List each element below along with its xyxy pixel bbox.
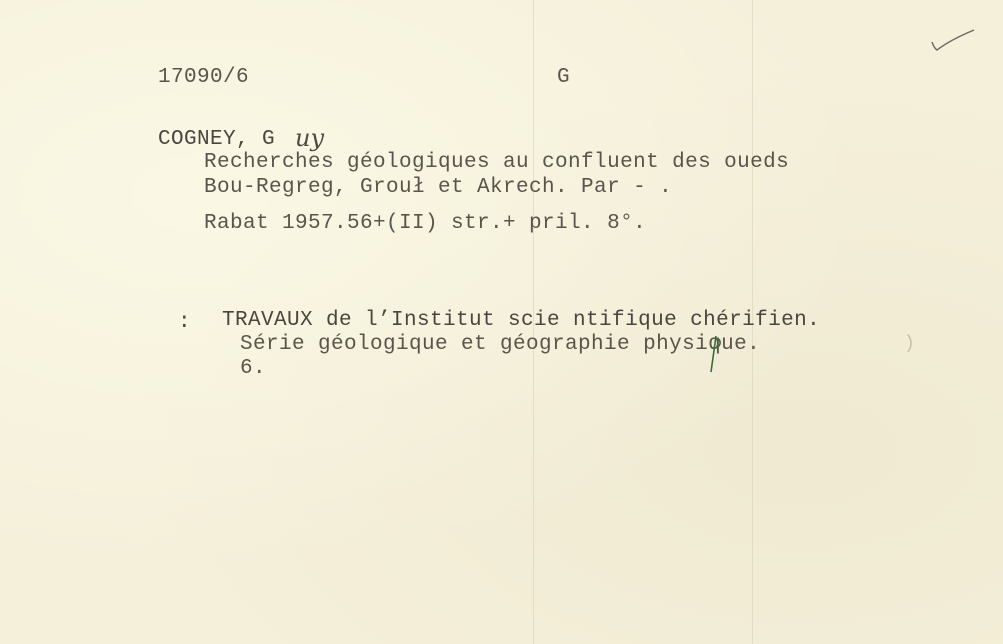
series-bullet: : [178,311,191,334]
title-line-1: Recherches géologiques au confluent des … [204,151,789,174]
author-typed: COGNEY, G [158,128,275,151]
author-handwritten: uy [295,124,324,152]
series-line-3: 6. [240,357,266,380]
catalog-card: 17090/6 G COGNEY, G uy Recherches géolog… [0,0,1003,644]
handwritten-p-mark [708,332,722,374]
series-line-1: TRAVAUX de l’Institut scie ntifique chér… [222,309,820,332]
series-line-2: Série géologique et géographie physique. [240,333,760,356]
call-number: 17090/6 [158,66,249,89]
check-icon [928,28,978,54]
section-letter: G [557,66,570,89]
imprint: Rabat 1957.56+(II) str.+ pril. 8°. [204,212,646,235]
title-line-2: Bou-Regreg, Grouł et Akrech. Par - . [204,176,672,199]
faint-parenthesis: ) [904,334,915,354]
